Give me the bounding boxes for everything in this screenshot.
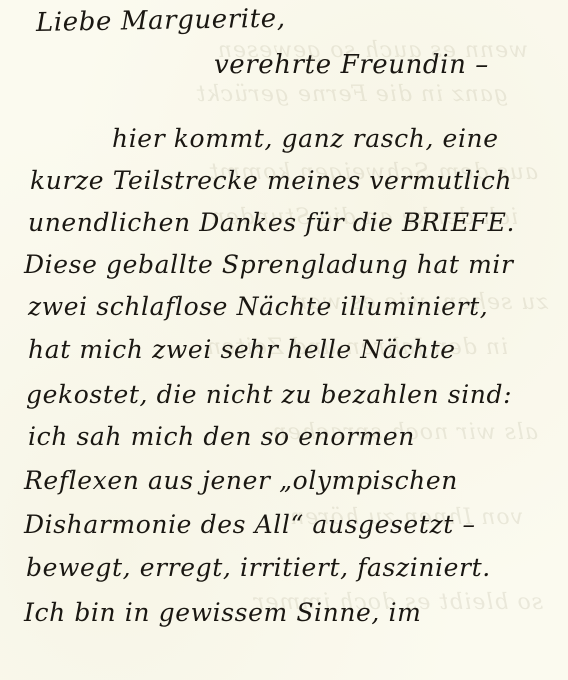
- body-line: hat mich zwei sehr helle Nächte: [28, 335, 456, 364]
- body-line: gekostet, die nicht zu bezahlen sind:: [26, 380, 512, 409]
- letter-page: wenn es auch so gewesen ganz in die Fern…: [0, 0, 568, 680]
- body-line: zwei schlaflose Nächte illuminiert,: [28, 292, 488, 321]
- body-line: hier kommt, ganz rasch, eine: [112, 124, 499, 153]
- body-line: Reflexen aus jener „olympischen: [24, 466, 458, 495]
- body-line: ich sah mich den so enormen: [28, 422, 415, 451]
- salutation-line-1: Liebe Marguerite,: [36, 4, 286, 38]
- body-line: kurze Teilstrecke meines vermutlich: [30, 166, 512, 195]
- body-line: Diese geballte Sprengladung hat mir: [24, 250, 514, 279]
- body-line: unendlichen Dankes für die BRIEFE.: [28, 208, 515, 237]
- body-line: Ich bin in gewissem Sinne, im: [24, 598, 421, 627]
- body-line: Disharmonie des All“ ausgesetzt –: [24, 510, 476, 539]
- salutation-line-2: verehrte Freundin –: [214, 50, 489, 80]
- body-line: bewegt, erregt, irritiert, fasziniert.: [26, 553, 491, 582]
